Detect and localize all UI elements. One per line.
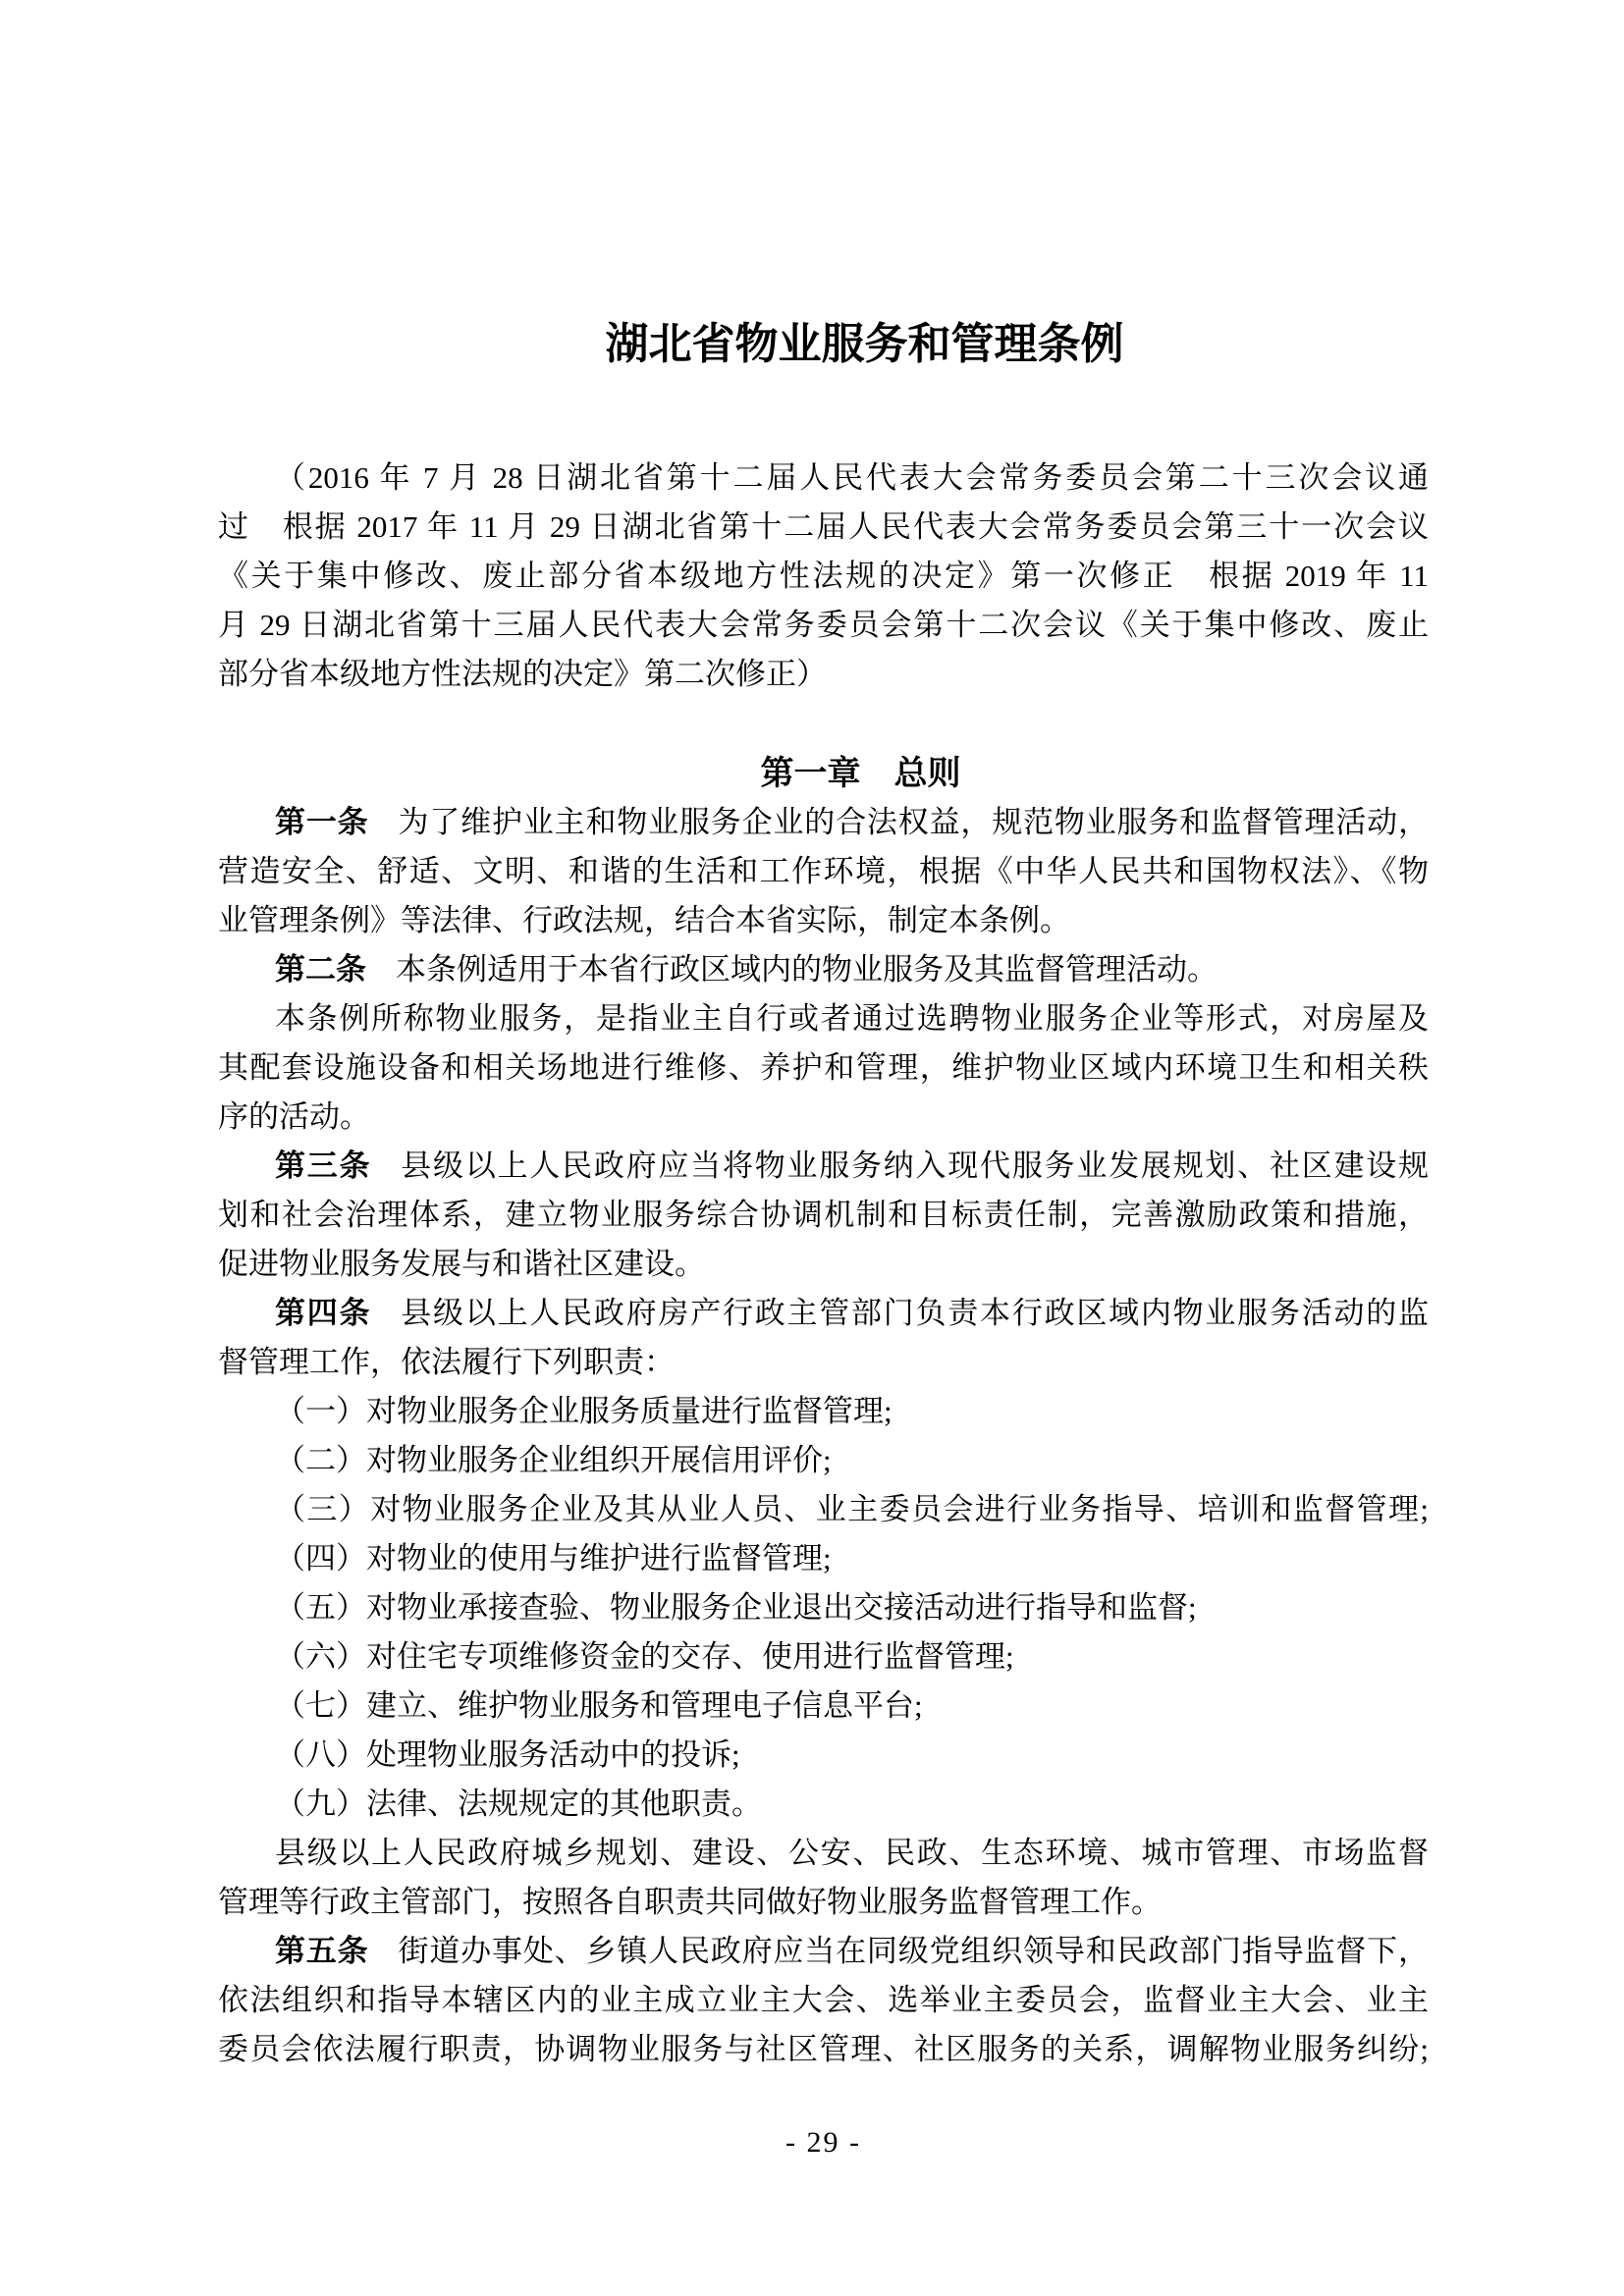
line-text: （七）建立、维护物业服务和管理电子信息平台;	[275, 1688, 923, 1723]
line-text: 委员会依法履行职责，协调物业服务与社区管理、社区服务的关系，调解物业服务纠纷;	[218, 2032, 1429, 2066]
line-text: （四）对物业的使用与维护进行监督管理;	[275, 1541, 832, 1575]
article-line: （九）法律、法规规定的其他职责。	[218, 1780, 1429, 1829]
document-title: 湖北省物业服务和管理条例	[259, 319, 1470, 370]
line-text: 划和社会治理体系，建立物业服务综合协调机制和目标责任制，完善激励政策和措施，	[218, 1198, 1429, 1232]
article-line: （八）处理物业服务活动中的投诉;	[218, 1731, 1429, 1780]
article-line: 第一条为了维护业主和物业服务企业的合法权益，规范物业服务和监督管理活动，	[218, 798, 1429, 847]
page-content: 湖北省物业服务和管理条例 （2016 年 7 月 28 日湖北省第十二届人民代表…	[218, 0, 1429, 2167]
preamble-line: （2016 年 7 月 28 日湖北省第十二届人民代表大会常务委员会第二十三次会…	[218, 454, 1429, 503]
article-line: 第四条县级以上人民政府房产行政主管部门负责本行政区域内物业服务活动的监	[218, 1289, 1429, 1338]
line-text: （六）对住宅专项维修资金的交存、使用进行监督管理;	[275, 1639, 1014, 1674]
line-text: 其配套设施设备和相关场地进行维修、养护和管理，维护物业区域内环境卫生和相关秩	[218, 1050, 1429, 1085]
article-line: 其配套设施设备和相关场地进行维修、养护和管理，维护物业区域内环境卫生和相关秩	[218, 1043, 1429, 1093]
article-line: 依法组织和指导本辖区内的业主成立业主大会、选举业主委员会，监督业主大会、业主	[218, 1976, 1429, 2025]
article-line: 第五条街道办事处、乡镇人民政府应当在同级党组织领导和民政部门指导监督下，	[218, 1927, 1429, 1976]
article-label: 第二条	[275, 952, 366, 987]
article-line: 本条例所称物业服务，是指业主自行或者通过选聘物业服务企业等形式，对房屋及	[218, 994, 1429, 1043]
line-text: 督管理工作，依法履行下列职责：	[218, 1345, 675, 1379]
article-line: （二）对物业服务企业组织开展信用评价;	[218, 1436, 1429, 1485]
line-text: 业管理条例》等法律、行政法规，结合本省实际，制定本条例。	[218, 903, 1070, 937]
article-label: 第五条	[275, 1934, 369, 1968]
preamble-line: 月 29 日湖北省第十三届人民代表大会常务委员会第十二次会议《关于集中修改、废止	[218, 601, 1429, 650]
preamble: （2016 年 7 月 28 日湖北省第十二届人民代表大会常务委员会第二十三次会…	[218, 454, 1429, 699]
article-line: 序的活动。	[218, 1093, 1429, 1142]
preamble-line: 部分省本级地方性法规的决定》第二次修正）	[218, 650, 1429, 699]
preamble-line: 《关于集中修改、废止部分省本级地方性法规的决定》第一次修正 根据 2019 年 …	[218, 552, 1429, 601]
page-number: - 29 -	[218, 2118, 1429, 2167]
article-line: （七）建立、维护物业服务和管理电子信息平台;	[218, 1682, 1429, 1731]
line-text: 县级以上人民政府城乡规划、建设、公安、民政、生态环境、城市管理、市场监督	[275, 1836, 1429, 1870]
article-line: 第二条本条例适用于本省行政区域内的物业服务及其监督管理活动。	[218, 945, 1429, 994]
line-text: （九）法律、法规规定的其他职责。	[275, 1787, 762, 1821]
article-label: 第四条	[275, 1296, 371, 1330]
article-line: 委员会依法履行职责，协调物业服务与社区管理、社区服务的关系，调解物业服务纠纷;	[218, 2025, 1429, 2074]
line-text: 管理等行政主管部门，按照各自职责共同做好物业服务监督管理工作。	[218, 1885, 1162, 1919]
line-text: （八）处理物业服务活动中的投诉;	[275, 1737, 740, 1772]
line-text: （二）对物业服务企业组织开展信用评价;	[275, 1443, 832, 1477]
preamble-line: 过 根据 2017 年 11 月 29 日湖北省第十二届人民代表大会常务委员会第…	[218, 503, 1429, 552]
line-text: 街道办事处、乡镇人民政府应当在同级党组织领导和民政部门指导监督下，	[399, 1934, 1430, 1968]
article-line: 第三条县级以上人民政府应当将物业服务纳入现代服务业发展规划、社区建设规	[218, 1142, 1429, 1191]
line-text: 促进物业服务发展与和谐社区建设。	[218, 1247, 705, 1281]
line-text: 本条例适用于本省行政区域内的物业服务及其监督管理活动。	[396, 952, 1218, 987]
line-text: 营造安全、舒适、文明、和谐的生活和工作环境，根据《中华人民共和国物权法》、《物	[218, 854, 1429, 888]
chapter-heading: 第一章 总则	[255, 749, 1466, 798]
line-text: 序的活动。	[218, 1099, 370, 1134]
article-line: 县级以上人民政府城乡规划、建设、公安、民政、生态环境、城市管理、市场监督	[218, 1829, 1429, 1878]
line-text: 为了维护业主和物业服务企业的合法权益，规范物业服务和监督管理活动，	[399, 805, 1430, 839]
line-text: 县级以上人民政府应当将物业服务纳入现代服务业发展规划、社区建设规	[401, 1148, 1429, 1183]
line-text: 依法组织和指导本辖区内的业主成立业主大会、选举业主委员会，监督业主大会、业主	[218, 1983, 1429, 2017]
article-line: 督管理工作，依法履行下列职责：	[218, 1338, 1429, 1387]
article-line: （三）对物业服务企业及其从业人员、业主委员会进行业务指导、培训和监督管理;	[218, 1485, 1429, 1534]
article-line: 业管理条例》等法律、行政法规，结合本省实际，制定本条例。	[218, 896, 1429, 945]
line-text: 本条例所称物业服务，是指业主自行或者通过选聘物业服务企业等形式，对房屋及	[275, 1001, 1429, 1036]
article-line: （一）对物业服务企业服务质量进行监督管理;	[218, 1387, 1429, 1436]
article-line: 促进物业服务发展与和谐社区建设。	[218, 1240, 1429, 1289]
article-line: （六）对住宅专项维修资金的交存、使用进行监督管理;	[218, 1632, 1429, 1682]
line-text: （一）对物业服务企业服务质量进行监督管理;	[275, 1394, 893, 1428]
article-line: 营造安全、舒适、文明、和谐的生活和工作环境，根据《中华人民共和国物权法》、《物	[218, 847, 1429, 896]
article-line: 划和社会治理体系，建立物业服务综合协调机制和目标责任制，完善激励政策和措施，	[218, 1191, 1429, 1240]
article-label: 第一条	[275, 805, 369, 839]
article-body: 第一条为了维护业主和物业服务企业的合法权益，规范物业服务和监督管理活动， 营造安…	[218, 798, 1429, 2074]
article-line: （四）对物业的使用与维护进行监督管理;	[218, 1534, 1429, 1583]
article-line: （五）对物业承接查验、物业服务企业退出交接活动进行指导和监督;	[218, 1583, 1429, 1632]
line-text: 县级以上人民政府房产行政主管部门负责本行政区域内物业服务活动的监	[401, 1296, 1429, 1330]
article-line: 管理等行政主管部门，按照各自职责共同做好物业服务监督管理工作。	[218, 1878, 1429, 1927]
article-label: 第三条	[275, 1148, 371, 1183]
document-page: 湖北省物业服务和管理条例 （2016 年 7 月 28 日湖北省第十二届人民代表…	[0, 0, 1624, 2296]
line-text: （三）对物业服务企业及其从业人员、业主委员会进行业务指导、培训和监督管理;	[275, 1492, 1429, 1526]
line-text: （五）对物业承接查验、物业服务企业退出交接活动进行指导和监督;	[275, 1590, 1197, 1625]
